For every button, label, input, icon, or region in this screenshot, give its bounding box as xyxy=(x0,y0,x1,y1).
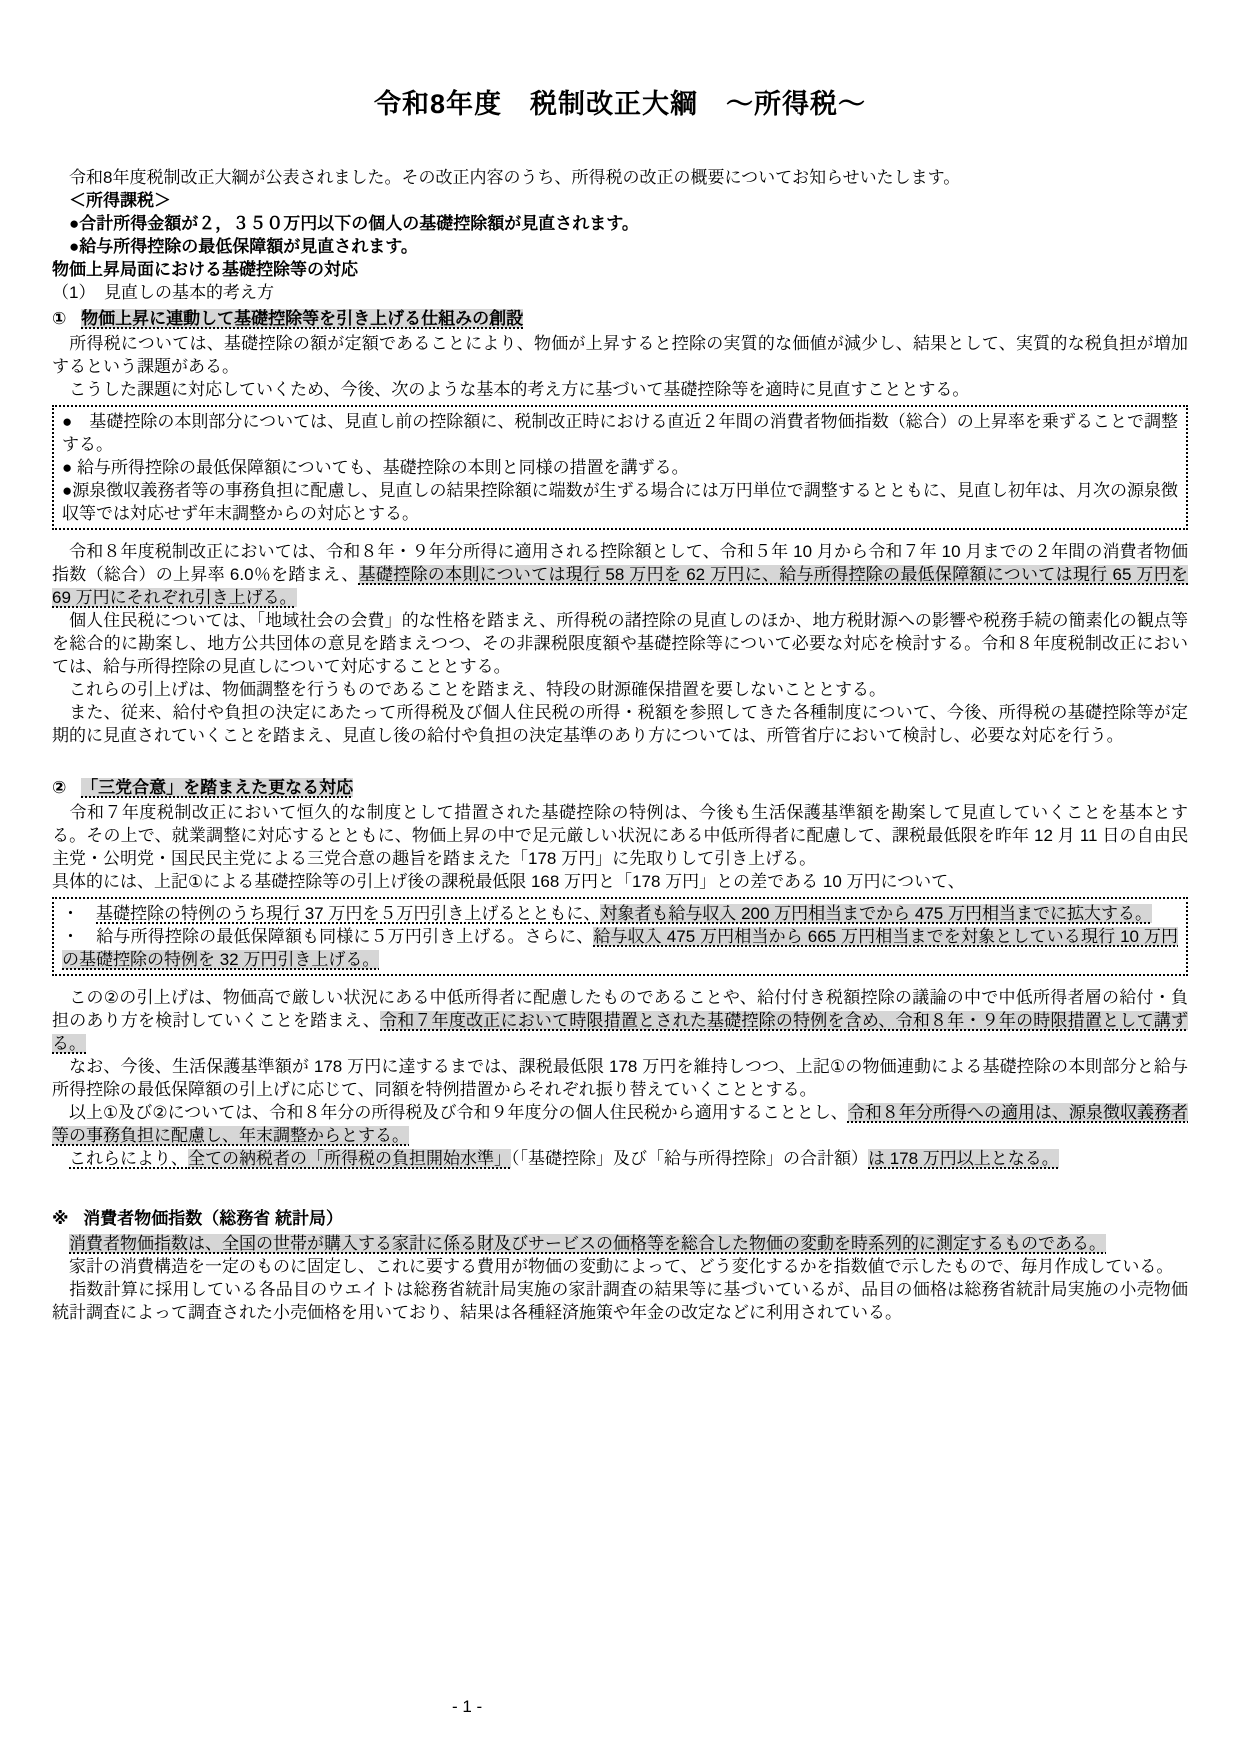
heading-1: ① 物価上昇に連動して基礎控除等を引き上げる仕組みの創設 xyxy=(52,307,1188,330)
paragraph-maintain-threshold: なお、今後、生活保護基準額が 178 万円に達するまでは、課税最低限 178 万… xyxy=(52,1055,1188,1101)
underlined-text: これらにより、 xyxy=(69,1149,188,1168)
underlined-text: 基礎控除の特例のうち現行 37 万円を５万円引き上げるとともに、 xyxy=(96,904,600,923)
paragraph-issue: 所得税については、基礎控除の額が定額であることにより、物価が上昇すると控除の実質… xyxy=(52,332,1188,378)
subsection-title: （1） 見直しの基本的考え方 xyxy=(52,281,1188,304)
note-paragraph-method: 家計の消費構造を一定のものに固定し、これに要する費用が物価の変動によって、どう変… xyxy=(52,1255,1188,1278)
spacer xyxy=(52,747,1188,773)
paragraph-benefit-criteria: また、従来、給付や負担の決定にあたって所得税及び個人住民税の所得・税額を参照して… xyxy=(52,701,1188,747)
heading-2: ② 「三党合意」を踏まえた更なる対応 xyxy=(52,776,1188,799)
paragraph-funding: これらの引上げは、物価調整を行うものであることを踏まえ、特段の財源確保措置を要し… xyxy=(52,678,1188,701)
box-item-2: ● 給与所得控除の最低保障額についても、基礎控除の本則と同様の措置を講ずる。 xyxy=(62,456,1178,479)
paragraph-concretely: 具体的には、上記①による基礎控除等の引上げ後の課税最低限 168 万円と「178… xyxy=(52,870,1188,893)
category-header: ＜所得課税＞ xyxy=(69,189,1188,212)
heading-2-text: 「三党合意」を踏まえた更なる対応 xyxy=(81,778,353,797)
text-run: （「基礎控除」及び「給与所得控除」の合計額） xyxy=(511,1149,868,1168)
highlighted-text: は 178 万円以上となる。 xyxy=(868,1149,1059,1168)
paragraph-result: これらにより、全ての納税者の「所得税の負担開始水準」（「基礎控除」及び「給与所得… xyxy=(52,1147,1188,1170)
spacer xyxy=(52,1170,1188,1204)
document-page: 令和8年度 税制改正大綱 ～所得税～ 令和8年度税制改正大綱が公表されました。そ… xyxy=(0,0,1240,1754)
box2-item-2: ・ 給与所得控除の最低保障額も同様に５万円引き上げる。さらに、給与収入 475 … xyxy=(62,925,1178,971)
document-title: 令和8年度 税制改正大綱 ～所得税～ xyxy=(52,88,1188,120)
paragraph-resident-tax: 個人住民税については、「地域社会の会費」的な性格を踏まえ、所得税の諸控除の見直し… xyxy=(52,609,1188,678)
lead-paragraph: 令和8年度税制改正大綱が公表されました。その改正内容のうち、所得税の改正の概要に… xyxy=(52,166,1188,189)
paragraph-temporary-measure: この②の引上げは、物価高で厳しい状況にある中低所得者に配慮したものであることや、… xyxy=(52,986,1188,1055)
box-item-1: ● 基礎控除の本則部分については、見直し前の控除額に、税制改正時における直近２年… xyxy=(62,410,1178,456)
policy-box-1: ● 基礎控除の本則部分については、見直し前の控除額に、税制改正時における直近２年… xyxy=(52,405,1188,530)
highlighted-text: 消費者物価指数は、全国の世帯が購入する家計に係る財及びサービスの価格等を総合した… xyxy=(69,1234,1106,1253)
page-number: - 1 - xyxy=(452,1695,482,1718)
text-run xyxy=(52,1149,69,1168)
note-paragraph-weights: 指数計算に採用している各品目のウエイトは総務省統計局実施の家計調査の結果等に基づ… xyxy=(52,1278,1188,1324)
paragraph-application: 以上①及び②については、令和８年分の所得税及び令和９年度分の個人住民税から適用す… xyxy=(52,1101,1188,1147)
text-run: 以上①及び②については、令和８年分の所得税及び令和９年度分の個人住民税から適用す… xyxy=(52,1103,848,1122)
paragraph-revision-amounts: 令和８年度税制改正においては、令和８年・９年分所得に適用される控除額として、令和… xyxy=(52,540,1188,609)
note-heading: ※ 消費者物価指数（総務省 統計局） xyxy=(52,1207,1188,1230)
highlighted-text: 全ての納税者の「所得税の負担開始水準」 xyxy=(188,1149,511,1168)
section-title: 物価上昇局面における基礎控除等の対応 xyxy=(52,258,1188,281)
paragraph-approach: こうした課題に対応していくため、今後、次のような基本的考え方に基づいて基礎控除等… xyxy=(52,378,1188,401)
text-run: ・ 給与所得控除の最低保障額も同様に５万円引き上げる。さらに、 xyxy=(62,927,593,946)
bullet-marker: ・ xyxy=(62,904,96,923)
heading-2-number: ② xyxy=(52,776,66,799)
note-heading-text: 消費者物価指数（総務省 統計局） xyxy=(83,1209,343,1228)
highlighted-text: 対象者も給与収入 200 万円相当までから 475 万円相当までに拡大する。 xyxy=(600,904,1152,923)
note-marker: ※ xyxy=(52,1207,69,1230)
note-paragraph-definition: 消費者物価指数は、全国の世帯が購入する家計に係る財及びサービスの価格等を総合した… xyxy=(52,1232,1188,1255)
text-run xyxy=(52,1234,69,1253)
heading-1-number: ① xyxy=(52,307,66,330)
box-item-3: ●源泉徴収義務者等の事務負担に配慮し、見直しの結果控除額に端数が生ずる場合には万… xyxy=(62,479,1178,525)
heading-1-text: 物価上昇に連動して基礎控除等を引き上げる仕組みの創設 xyxy=(81,309,523,328)
paragraph-special-deduction: 令和７年度税制改正において恒久的な制度として措置された基礎控除の特例は、今後も生… xyxy=(52,801,1188,870)
summary-point-1: ●合計所得金額が２，３５０万円以下の個人の基礎控除額が見直されます。 xyxy=(69,212,1188,235)
summary-point-2: ●給与所得控除の最低保障額が見直されます。 xyxy=(69,235,1188,258)
box2-item-1: ・ 基礎控除の特例のうち現行 37 万円を５万円引き上げるとともに、対象者も給与… xyxy=(62,902,1178,925)
policy-box-2: ・ 基礎控除の特例のうち現行 37 万円を５万円引き上げるとともに、対象者も給与… xyxy=(52,897,1188,976)
